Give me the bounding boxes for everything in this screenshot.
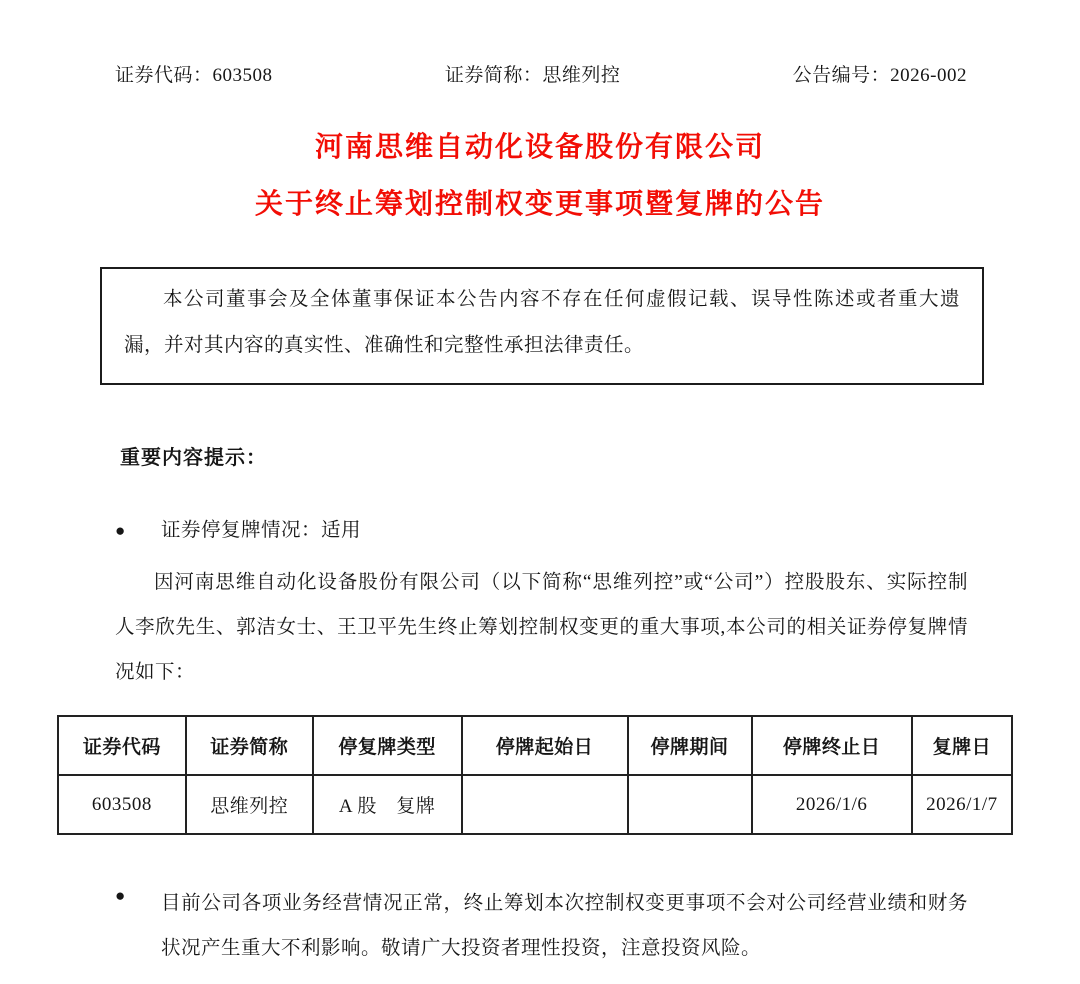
stock-short-name: 证券简称：思维列控: [445, 60, 621, 87]
announcement-number: 公告编号：2026-002: [793, 60, 967, 87]
header-resumption-date: 复牌日: [912, 716, 1012, 775]
header-suspension-type: 停复牌类型: [313, 716, 462, 775]
stock-code: 证券代码：603508: [115, 60, 273, 87]
cell-stock-code: 603508: [58, 775, 186, 834]
bullet-item-business-status: ● 目前公司各项业务经营情况正常，终止筹划本次控制权变更事项不会对公司经营业绩和…: [115, 881, 968, 971]
title-company-name: 河南思维自动化设备股份有限公司: [0, 119, 1080, 176]
suspension-reason-paragraph: 因河南思维自动化设备股份有限公司（以下简称“思维列控”或“公司”）控股股东、实际…: [115, 560, 968, 695]
cell-suspension-period: [628, 775, 752, 834]
header-stock-code: 证券代码: [58, 716, 186, 775]
header-suspension-period: 停牌期间: [628, 716, 752, 775]
bullet-item-suspension-status: ● 证券停复牌情况：适用: [115, 516, 968, 546]
table-row: 603508 思维列控 A 股 复牌 2026/1/6 2026/1/7: [58, 775, 1012, 834]
board-disclaimer-box: 本公司董事会及全体董事保证本公告内容不存在任何虚假记载、误导性陈述或者重大遗漏，…: [100, 267, 984, 385]
cell-resumption-date: 2026/1/7: [912, 775, 1012, 834]
document-title: 河南思维自动化设备股份有限公司 关于终止筹划控制权变更事项暨复牌的公告: [0, 119, 1080, 233]
bullet-icon: ●: [115, 516, 161, 546]
header-suspension-end-date: 停牌终止日: [752, 716, 912, 775]
header-stock-short-name: 证券简称: [186, 716, 313, 775]
important-notice-heading: 重要内容提示：: [120, 441, 1080, 470]
cell-suspension-start-date: [462, 775, 628, 834]
bullet-icon: ●: [115, 881, 161, 911]
announcement-page: { "colors":{ "title_red":"#f20d05" }, "m…: [0, 0, 1080, 984]
title-announcement-subject: 关于终止筹划控制权变更事项暨复牌的公告: [0, 176, 1080, 233]
bullet-item-text: 目前公司各项业务经营情况正常，终止筹划本次控制权变更事项不会对公司经营业绩和财务…: [161, 881, 968, 971]
cell-suspension-type: A 股 复牌: [313, 775, 462, 834]
suspension-resumption-table: 证券代码 证券简称 停复牌类型 停牌起始日 停牌期间 停牌终止日 复牌日 603…: [57, 715, 1013, 835]
table-header-row: 证券代码 证券简称 停复牌类型 停牌起始日 停牌期间 停牌终止日 复牌日: [58, 716, 1012, 775]
document-meta-line: 证券代码：603508 证券简称：思维列控 公告编号：2026-002: [0, 60, 1080, 87]
header-suspension-start-date: 停牌起始日: [462, 716, 628, 775]
cell-suspension-end-date: 2026/1/6: [752, 775, 912, 834]
cell-stock-short-name: 思维列控: [186, 775, 313, 834]
board-disclaimer-text: 本公司董事会及全体董事保证本公告内容不存在任何虚假记载、误导性陈述或者重大遗漏，…: [124, 289, 960, 356]
bullet-item-text: 证券停复牌情况：适用: [161, 516, 968, 546]
